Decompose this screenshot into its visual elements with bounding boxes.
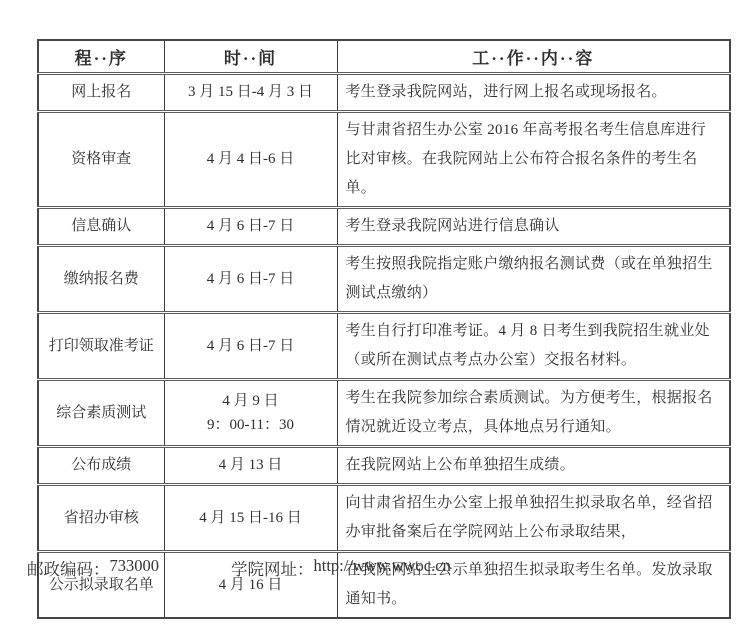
postal-code: 邮政编码：733000 [27, 556, 159, 580]
postal-code-label: 邮政编码： [27, 556, 110, 580]
content-cell: 向甘肃省招生办公室上报单独招生拟录取名单，经省招办审批备案后在学院网站上公布录取… [337, 484, 730, 551]
time-cell: 3 月 15 日-4 月 3 日 [164, 73, 337, 111]
procedure-cell: 公布成绩 [38, 446, 164, 484]
table-row: 省招办审核 4 月 15 日-16 日 向甘肃省招生办公室上报单独招生拟录取名单… [38, 484, 730, 551]
column-header-work-content: 工··作··内··容 [337, 40, 730, 73]
college-website: 学院网址：http://www.wwoc.cn [231, 556, 451, 580]
time-line-1: 4 月 9 日 [165, 389, 337, 413]
procedure-cell: 缴纳报名费 [38, 245, 164, 312]
content-cell: 考生在我院参加综合素质测试。为方便考生，根据报名情况就近设立考点，具体地点另行通… [337, 379, 730, 446]
time-cell: 4 月 15 日-16 日 [164, 484, 337, 551]
content-cell: 考生登录我院网站进行信息确认 [337, 207, 730, 245]
content-cell: 考生登录我院网站，进行网上报名或现场报名。 [337, 73, 730, 111]
time-cell: 4 月 6 日-7 日 [164, 207, 337, 245]
table-row: 资格审查 4 月 4 日-6 日 与甘肃省招生办公室 2016 年高考报名考生信… [38, 111, 730, 207]
scanned-document-page: 程··序 时··间 工··作··内··容 网上报名 3 月 15 日-4 月 3… [0, 0, 755, 638]
procedure-cell: 资格审查 [38, 111, 164, 207]
table-row: 网上报名 3 月 15 日-4 月 3 日 考生登录我院网站，进行网上报名或现场… [38, 73, 730, 111]
website-label: 学院网址： [231, 556, 314, 580]
table-row: 打印领取准考证 4 月 6 日-7 日 考生自行打印准考证。4 月 8 日考生到… [38, 312, 730, 379]
time-cell: 4 月 6 日-7 日 [164, 245, 337, 312]
header-row: 程··序 时··间 工··作··内··容 [38, 40, 730, 73]
postal-code-value: 733000 [110, 556, 160, 580]
column-header-time: 时··间 [164, 40, 337, 73]
time-cell: 4 月 13 日 [164, 446, 337, 484]
procedure-cell: 网上报名 [38, 73, 164, 111]
procedure-cell: 省招办审核 [38, 484, 164, 551]
website-url: http://www.wwoc.cn [314, 556, 451, 580]
time-cell: 4 月 9 日 9：00-11：30 [164, 379, 337, 446]
column-header-procedure: 程··序 [38, 40, 164, 73]
time-cell: 4 月 6 日-7 日 [164, 312, 337, 379]
document-footer: 邮政编码：733000 学院网址：http://www.wwoc.cn [27, 556, 451, 580]
enrollment-schedule-table: 程··序 时··间 工··作··内··容 网上报名 3 月 15 日-4 月 3… [37, 39, 731, 619]
procedure-cell: 打印领取准考证 [38, 312, 164, 379]
time-line-2: 9：00-11：30 [165, 413, 337, 437]
table-row: 缴纳报名费 4 月 6 日-7 日 考生按照我院指定账户缴纳报名测试费（或在单独… [38, 245, 730, 312]
procedure-cell: 信息确认 [38, 207, 164, 245]
table-row: 综合素质测试 4 月 9 日 9：00-11：30 考生在我院参加综合素质测试。… [38, 379, 730, 446]
content-cell: 在我院网站上公布单独招生成绩。 [337, 446, 730, 484]
procedure-cell: 综合素质测试 [38, 379, 164, 446]
content-cell: 考生按照我院指定账户缴纳报名测试费（或在单独招生测试点缴纳） [337, 245, 730, 312]
time-cell: 4 月 4 日-6 日 [164, 111, 337, 207]
content-cell: 与甘肃省招生办公室 2016 年高考报名考生信息库进行比对审核。在我院网站上公布… [337, 111, 730, 207]
table-row: 信息确认 4 月 6 日-7 日 考生登录我院网站进行信息确认 [38, 207, 730, 245]
content-cell: 考生自行打印准考证。4 月 8 日考生到我院招生就业处（或所在测试点考点办公室）… [337, 312, 730, 379]
table-row: 公布成绩 4 月 13 日 在我院网站上公布单独招生成绩。 [38, 446, 730, 484]
